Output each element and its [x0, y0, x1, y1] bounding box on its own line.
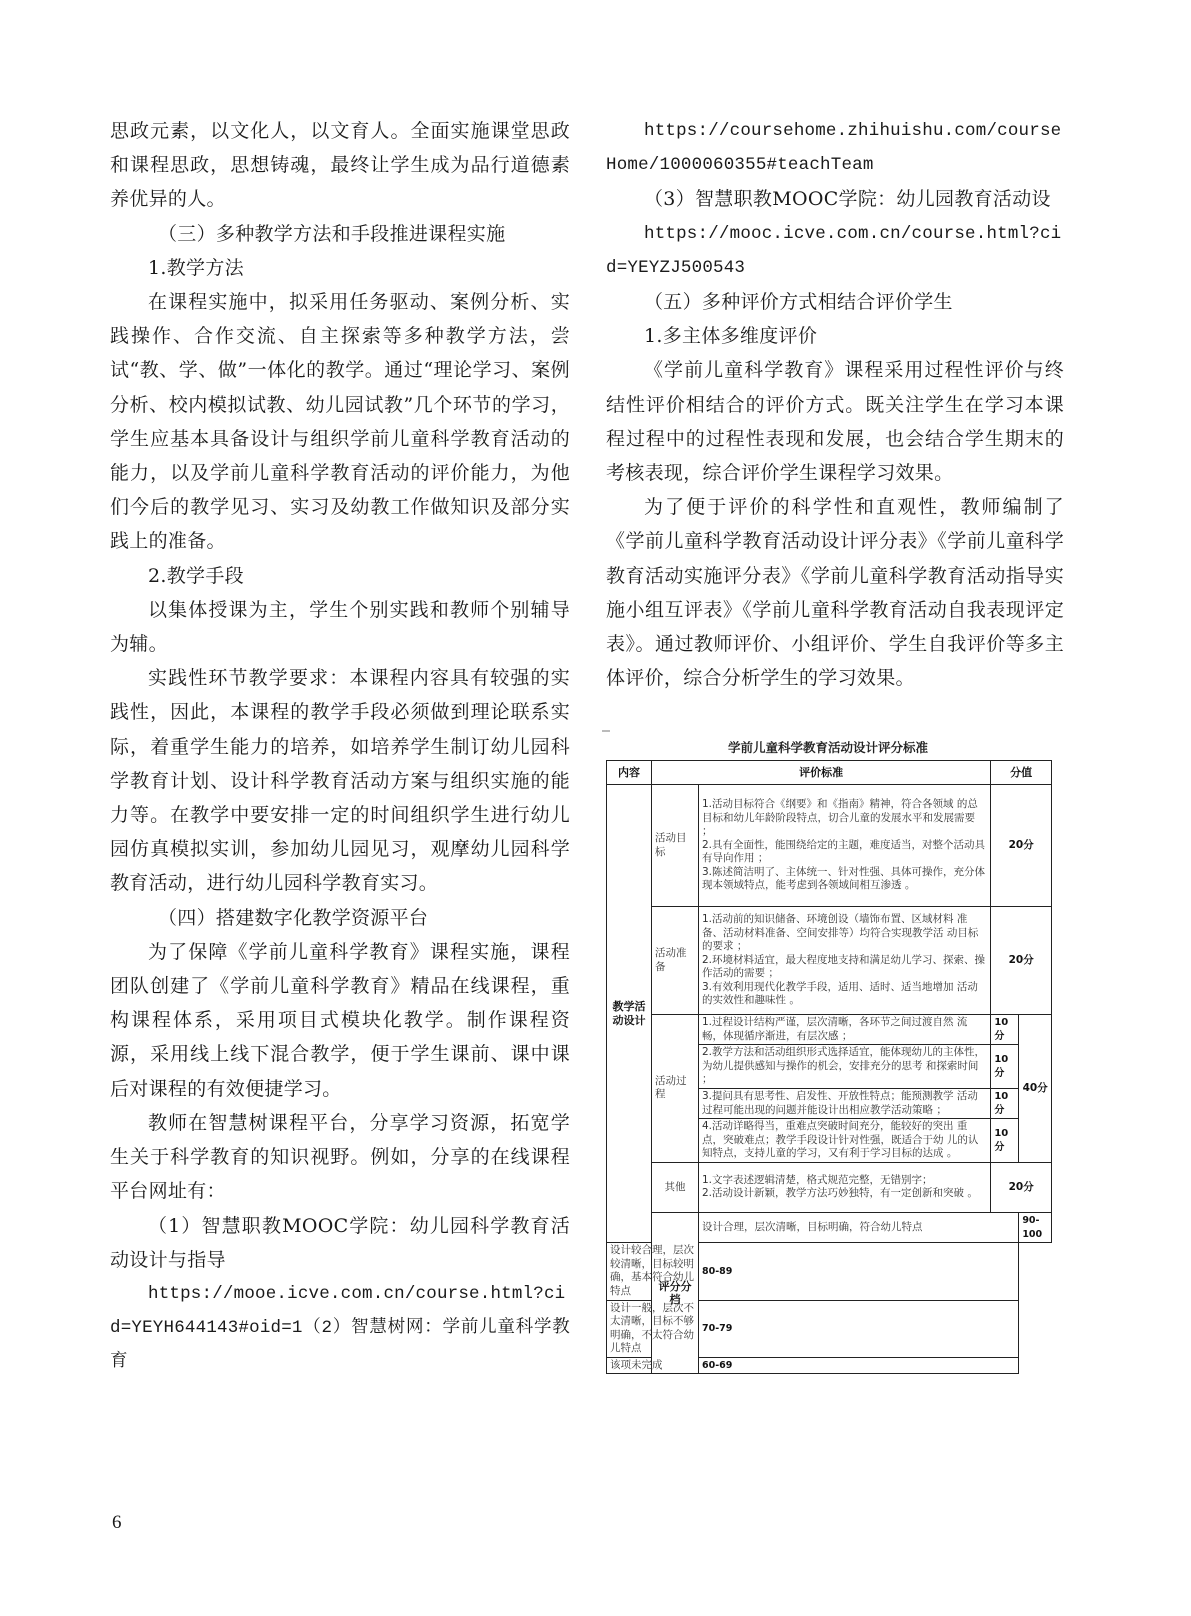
subsection-preparation-label: 活动准备 — [652, 907, 699, 1015]
score-process-2: 10分 — [991, 1045, 1019, 1089]
table-row: 评分分档 设计合理，层次清晰，目标明确，符合幼儿特点 90-100 — [607, 1212, 1052, 1242]
grading-range-4: 60-69 — [699, 1357, 1019, 1374]
subsection-goals-label: 活动目标 — [652, 785, 699, 907]
resource-link-3[interactable]: https://mooc.icve.com.cn/course.html?cid… — [606, 217, 1064, 285]
criteria-process-3: 3.提问具有思考性、启发性、开放性特点；能预测教学 活动过程可能出现的问题并能设… — [699, 1088, 991, 1118]
grading-range-2: 80-89 — [699, 1243, 1019, 1300]
table-row: 活动过程 1.过程设计结构严谨，层次清晰，各环节之间过渡自然 流畅，体现循序渐进… — [607, 1015, 1052, 1045]
header-criteria: 评价标准 — [652, 761, 991, 785]
rubric-title: 学前儿童科学教育活动设计评分标准 — [602, 738, 1054, 756]
grading-range-1: 90-100 — [1019, 1212, 1052, 1242]
paragraph-intro-continued: 思政元素，以文化人，以文育人。全面实施课堂思政和课程思政，思想铸魂，最终让学生成… — [110, 114, 570, 217]
left-column: 思政元素，以文化人，以文育人。全面实施课堂思政和课程思政，思想铸魂，最终让学生成… — [110, 114, 570, 1380]
rubric-table: 内容 评价标准 分值 教学活动设计 活动目标 1.活动目标符合《纲要》和《指南》… — [606, 760, 1052, 1374]
resource-link-1[interactable]: https://mooe.icve.com.cn/course.html?cid… — [110, 1277, 570, 1380]
section-heading-4: （四）搭建数字化教学资源平台 — [110, 901, 570, 935]
header-content: 内容 — [607, 761, 652, 785]
grading-criteria-3: 设计一般，层次不太清晰，目标不够明确，不太符合幼儿特点 — [607, 1300, 699, 1357]
subsection-process-label: 活动过程 — [652, 1015, 699, 1163]
score-process-total: 40分 — [1019, 1015, 1052, 1163]
table-row: 教学活动设计 活动目标 1.活动目标符合《纲要》和《指南》精神，符合各领域 的总… — [607, 785, 1052, 907]
score-process-4: 10分 — [991, 1119, 1019, 1163]
score-process-1: 10分 — [991, 1015, 1019, 1045]
table-header-row: 内容 评价标准 分值 — [607, 761, 1052, 785]
right-column: https://coursehome.zhihuishu.com/courseH… — [606, 114, 1064, 695]
paragraph-platform-intro: 教师在智慧树课程平台，分享学习资源，拓宽学生关于科学教育的知识视野。例如，分享的… — [110, 1106, 570, 1209]
section-design-label: 教学活动设计 — [607, 785, 652, 1243]
criteria-process-1: 1.过程设计结构严谨，层次清晰，各环节之间过渡自然 流畅，体现循序渐进，有层次感… — [699, 1015, 991, 1045]
criteria-preparation: 1.活动前的知识储备、环境创设（墙饰布置、区域材料 准备、活动材料准备、空间安排… — [699, 907, 991, 1015]
figure-corner-mark — [602, 730, 610, 732]
paragraph-evaluation-forms: 为了便于评价的科学性和直观性，教师编制了《学前儿童科学教育活动设计评分表》《学前… — [606, 490, 1064, 695]
paragraph-practice-requirements: 实践性环节教学要求：本课程内容具有较强的实践性，因此，本课程的教学手段必须做到理… — [110, 661, 570, 900]
criteria-goals: 1.活动目标符合《纲要》和《指南》精神，符合各领域 的总目标和幼儿年龄阶段特点，… — [699, 785, 991, 907]
table-row: 其他 1.文字表述逻辑清楚，格式规范完整，无错别字； 2.活动设计新颖，教学方法… — [607, 1162, 1052, 1212]
score-other: 20分 — [991, 1162, 1052, 1212]
paragraph-teaching-methods: 在课程实施中，拟采用任务驱动、案例分析、实践操作、合作交流、自主探索等多种教学方… — [110, 285, 570, 559]
score-process-3: 10分 — [991, 1088, 1019, 1118]
resource-link-2[interactable]: https://coursehome.zhihuishu.com/courseH… — [606, 114, 1064, 182]
table-row: 活动准备 1.活动前的知识储备、环境创设（墙饰布置、区域材料 准备、活动材料准备… — [607, 907, 1052, 1015]
rubric-table-figure: 学前儿童科学教育活动设计评分标准 内容 评价标准 分值 教学活动设计 活动目标 … — [602, 730, 1054, 1378]
resource-item-1: （1）智慧职教MOOC学院：幼儿园科学教育活动设计与指导 — [110, 1209, 570, 1277]
subsection-other-label: 其他 — [652, 1162, 699, 1212]
criteria-process-2: 2.教学方法和活动组织形式选择适宜，能体现幼儿的主体性，为幼儿提供感知与操作的机… — [699, 1045, 991, 1089]
header-score: 分值 — [991, 761, 1052, 785]
section-heading-5: （五）多种评价方式相结合评价学生 — [606, 285, 1064, 319]
table-row: 该项未完成 60-69 — [607, 1357, 1052, 1374]
subheading-teaching-methods: 1.教学方法 — [110, 251, 570, 285]
table-row: 设计一般，层次不太清晰，目标不够明确，不太符合幼儿特点 70-79 — [607, 1300, 1052, 1357]
resource-item-3: （3）智慧职教MOOC学院：幼儿园教育活动设 — [606, 182, 1064, 216]
subheading-teaching-means: 2.教学手段 — [110, 559, 570, 593]
grading-criteria-1: 设计合理，层次清晰，目标明确，符合幼儿特点 — [699, 1212, 1019, 1242]
grading-criteria-4: 该项未完成 — [607, 1357, 699, 1374]
section-heading-3: （三）多种教学方法和手段推进课程实施 — [110, 217, 570, 251]
subheading-multi-evaluation: 1.多主体多维度评价 — [606, 319, 1064, 353]
paragraph-online-course: 为了保障《学前儿童科学教育》课程实施，课程团队创建了《学前儿童科学教育》精品在线… — [110, 935, 570, 1106]
paragraph-evaluation-method: 《学前儿童科学教育》课程采用过程性评价与终结性评价相结合的评价方式。既关注学生在… — [606, 353, 1064, 490]
criteria-process-4: 4.活动详略得当，重难点突破时间充分，能较好的突出 重点，突破难点；教学手段设计… — [699, 1119, 991, 1163]
page-number: 6 — [112, 1512, 122, 1534]
criteria-other: 1.文字表述逻辑清楚，格式规范完整，无错别字； 2.活动设计新颖，教学方法巧妙独… — [699, 1162, 991, 1212]
score-goals: 20分 — [991, 785, 1052, 907]
paragraph-teaching-means: 以集体授课为主，学生个别实践和教师个别辅导为辅。 — [110, 593, 570, 661]
grading-range-3: 70-79 — [699, 1300, 1019, 1357]
score-preparation: 20分 — [991, 907, 1052, 1015]
